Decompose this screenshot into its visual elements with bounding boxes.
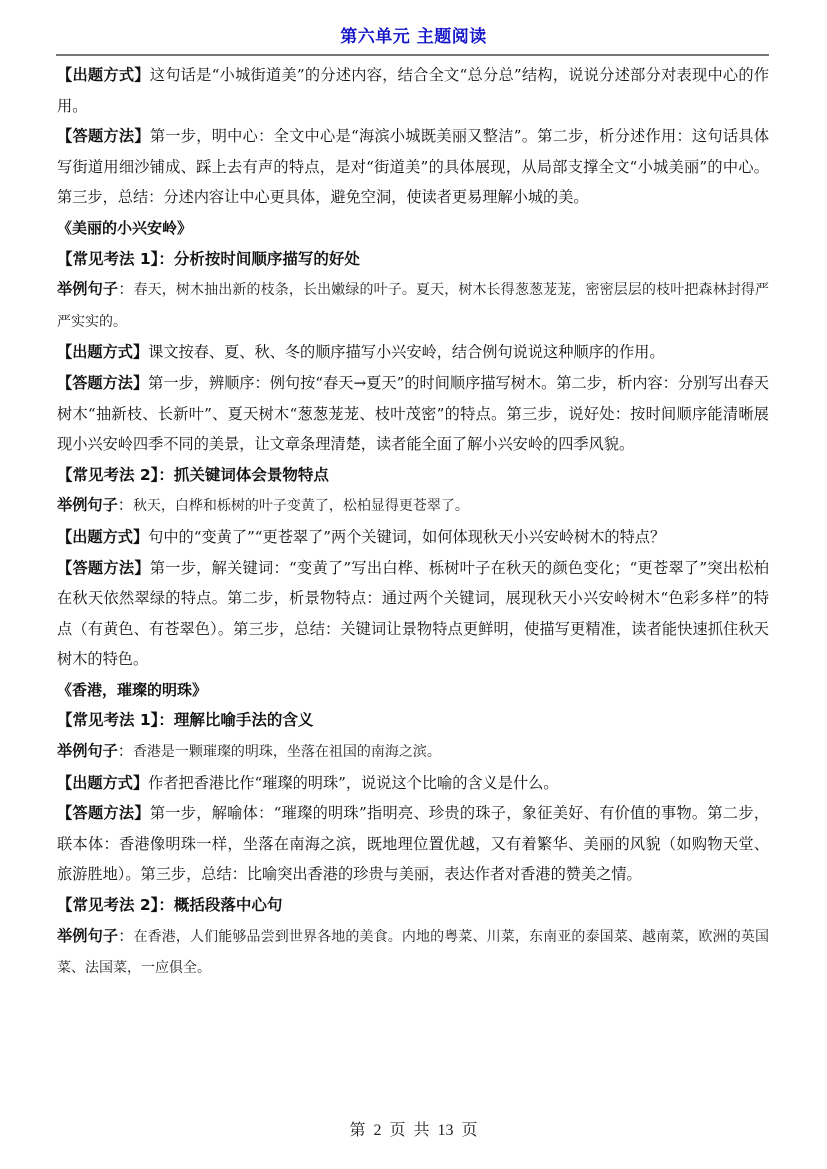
question-method-label: 【出题方式】 bbox=[57, 528, 148, 546]
exam-point-heading: 【常见考法 1】：理解比喻手法的含义 bbox=[57, 705, 769, 736]
question-method-label: 【出题方式】 bbox=[57, 343, 148, 361]
document-body: 【出题方式】这句话是“小城街道美”的分述内容，结合全文“总分总”结构，说说分述部… bbox=[57, 60, 769, 984]
answer-method-paragraph: 【答题方法】第一步，明中心：全文中心是“海滨小城既美丽又整洁”。第二步，析分述作… bbox=[57, 121, 769, 213]
answer-method-label: 【答题方法】 bbox=[57, 374, 148, 392]
exam-point-heading: 【常见考法 2】：概括段落中心句 bbox=[57, 890, 769, 921]
question-text: 这句话是“小城街道美”的分述内容，结合全文“总分总”结构，说说分述部分对表现中心… bbox=[57, 66, 769, 115]
answer-method-paragraph: 【答题方法】第一步，辨顺序：例句按“春天→夏天”的时间顺序描写树木。第二步，析内… bbox=[57, 368, 769, 460]
example-text: 春天，树木抽出新的枝条，长出嫩绿的叶子。夏天，树木长得葱葱茏茏，密密层层的枝叶把… bbox=[57, 282, 769, 330]
example-paragraph: 举例句子：春天，树木抽出新的枝条，长出嫩绿的叶子。夏天，树木长得葱葱茏茏，密密层… bbox=[57, 274, 769, 337]
lesson-title: 《美丽的小兴安岭》 bbox=[57, 213, 769, 244]
answer-text: 第一步，解关键词：“变黄了”写出白桦、栎树叶子在秋天的颜色变化；“更苍翠了”突出… bbox=[57, 559, 769, 669]
answer-method-label: 【答题方法】 bbox=[57, 127, 150, 145]
answer-method-label: 【答题方法】 bbox=[57, 804, 150, 822]
example-label: 举例句子 bbox=[57, 280, 118, 298]
example-text: 在香港，人们能够品尝到世界各地的美食。内地的粤菜、川菜，东南亚的泰国菜、越南菜，… bbox=[57, 929, 769, 977]
exam-point-heading: 【常见考法 1】：分析按时间顺序描写的好处 bbox=[57, 244, 769, 275]
question-method-paragraph: 【出题方式】句中的“变黄了”“更苍翠了”两个关键词，如何体现秋天小兴安岭树木的特… bbox=[57, 522, 769, 553]
answer-text: 第一步，明中心：全文中心是“海滨小城既美丽又整洁”。第二步，析分述作用：这句话具… bbox=[57, 127, 769, 206]
answer-text: 第一步，辨顺序：例句按“春天→夏天”的时间顺序描写树木。第二步，析内容：分别写出… bbox=[57, 374, 769, 453]
answer-method-label: 【答题方法】 bbox=[57, 559, 150, 577]
question-text: 课文按春、夏、秋、冬的顺序描写小兴安岭，结合例句说说这种顺序的作用。 bbox=[148, 343, 664, 361]
question-method-paragraph: 【出题方式】作者把香港比作“璀璨的明珠”，说说这个比喻的含义是什么。 bbox=[57, 768, 769, 799]
example-colon: ： bbox=[118, 927, 133, 945]
example-colon: ： bbox=[118, 742, 133, 760]
question-method-paragraph: 【出题方式】课文按春、夏、秋、冬的顺序描写小兴安岭，结合例句说说这种顺序的作用。 bbox=[57, 337, 769, 368]
page-header-title: 第六单元 主题阅读 bbox=[0, 22, 827, 47]
example-label: 举例句子 bbox=[57, 742, 118, 760]
header-divider bbox=[56, 54, 769, 56]
example-paragraph: 举例句子：在香港，人们能够品尝到世界各地的美食。内地的粤菜、川菜，东南亚的泰国菜… bbox=[57, 921, 769, 984]
answer-method-paragraph: 【答题方法】第一步，解关键词：“变黄了”写出白桦、栎树叶子在秋天的颜色变化；“更… bbox=[57, 553, 769, 675]
example-label: 举例句子 bbox=[57, 927, 118, 945]
question-text: 作者把香港比作“璀璨的明珠”，说说这个比喻的含义是什么。 bbox=[148, 774, 558, 792]
question-method-paragraph: 【出题方式】这句话是“小城街道美”的分述内容，结合全文“总分总”结构，说说分述部… bbox=[57, 60, 769, 121]
example-label: 举例句子 bbox=[57, 496, 118, 514]
example-paragraph: 举例句子：秋天，白桦和栎树的叶子变黄了，松柏显得更苍翠了。 bbox=[57, 490, 769, 522]
example-text: 香港是一颗璀璨的明珠，坐落在祖国的南海之滨。 bbox=[133, 744, 441, 760]
question-method-label: 【出题方式】 bbox=[57, 66, 150, 84]
question-method-label: 【出题方式】 bbox=[57, 774, 148, 792]
question-text: 句中的“变黄了”“更苍翠了”两个关键词，如何体现秋天小兴安岭树木的特点？ bbox=[148, 528, 665, 546]
answer-text: 第一步，解喻体：“璀璨的明珠”指明亮、珍贵的珠子，象征美好、有价值的事物。第二步… bbox=[57, 804, 769, 883]
example-paragraph: 举例句子：香港是一颗璀璨的明珠，坐落在祖国的南海之滨。 bbox=[57, 736, 769, 768]
example-text: 秋天，白桦和栎树的叶子变黄了，松柏显得更苍翠了。 bbox=[133, 498, 469, 514]
page-number: 第 2 页 共 13 页 bbox=[0, 1117, 827, 1140]
exam-point-heading: 【常见考法 2】：抓关键词体会景物特点 bbox=[57, 460, 769, 491]
answer-method-paragraph: 【答题方法】第一步，解喻体：“璀璨的明珠”指明亮、珍贵的珠子，象征美好、有价值的… bbox=[57, 798, 769, 890]
example-colon: ： bbox=[118, 496, 133, 514]
lesson-title: 《香港，璀璨的明珠》 bbox=[57, 675, 769, 706]
example-colon: ： bbox=[118, 280, 133, 298]
